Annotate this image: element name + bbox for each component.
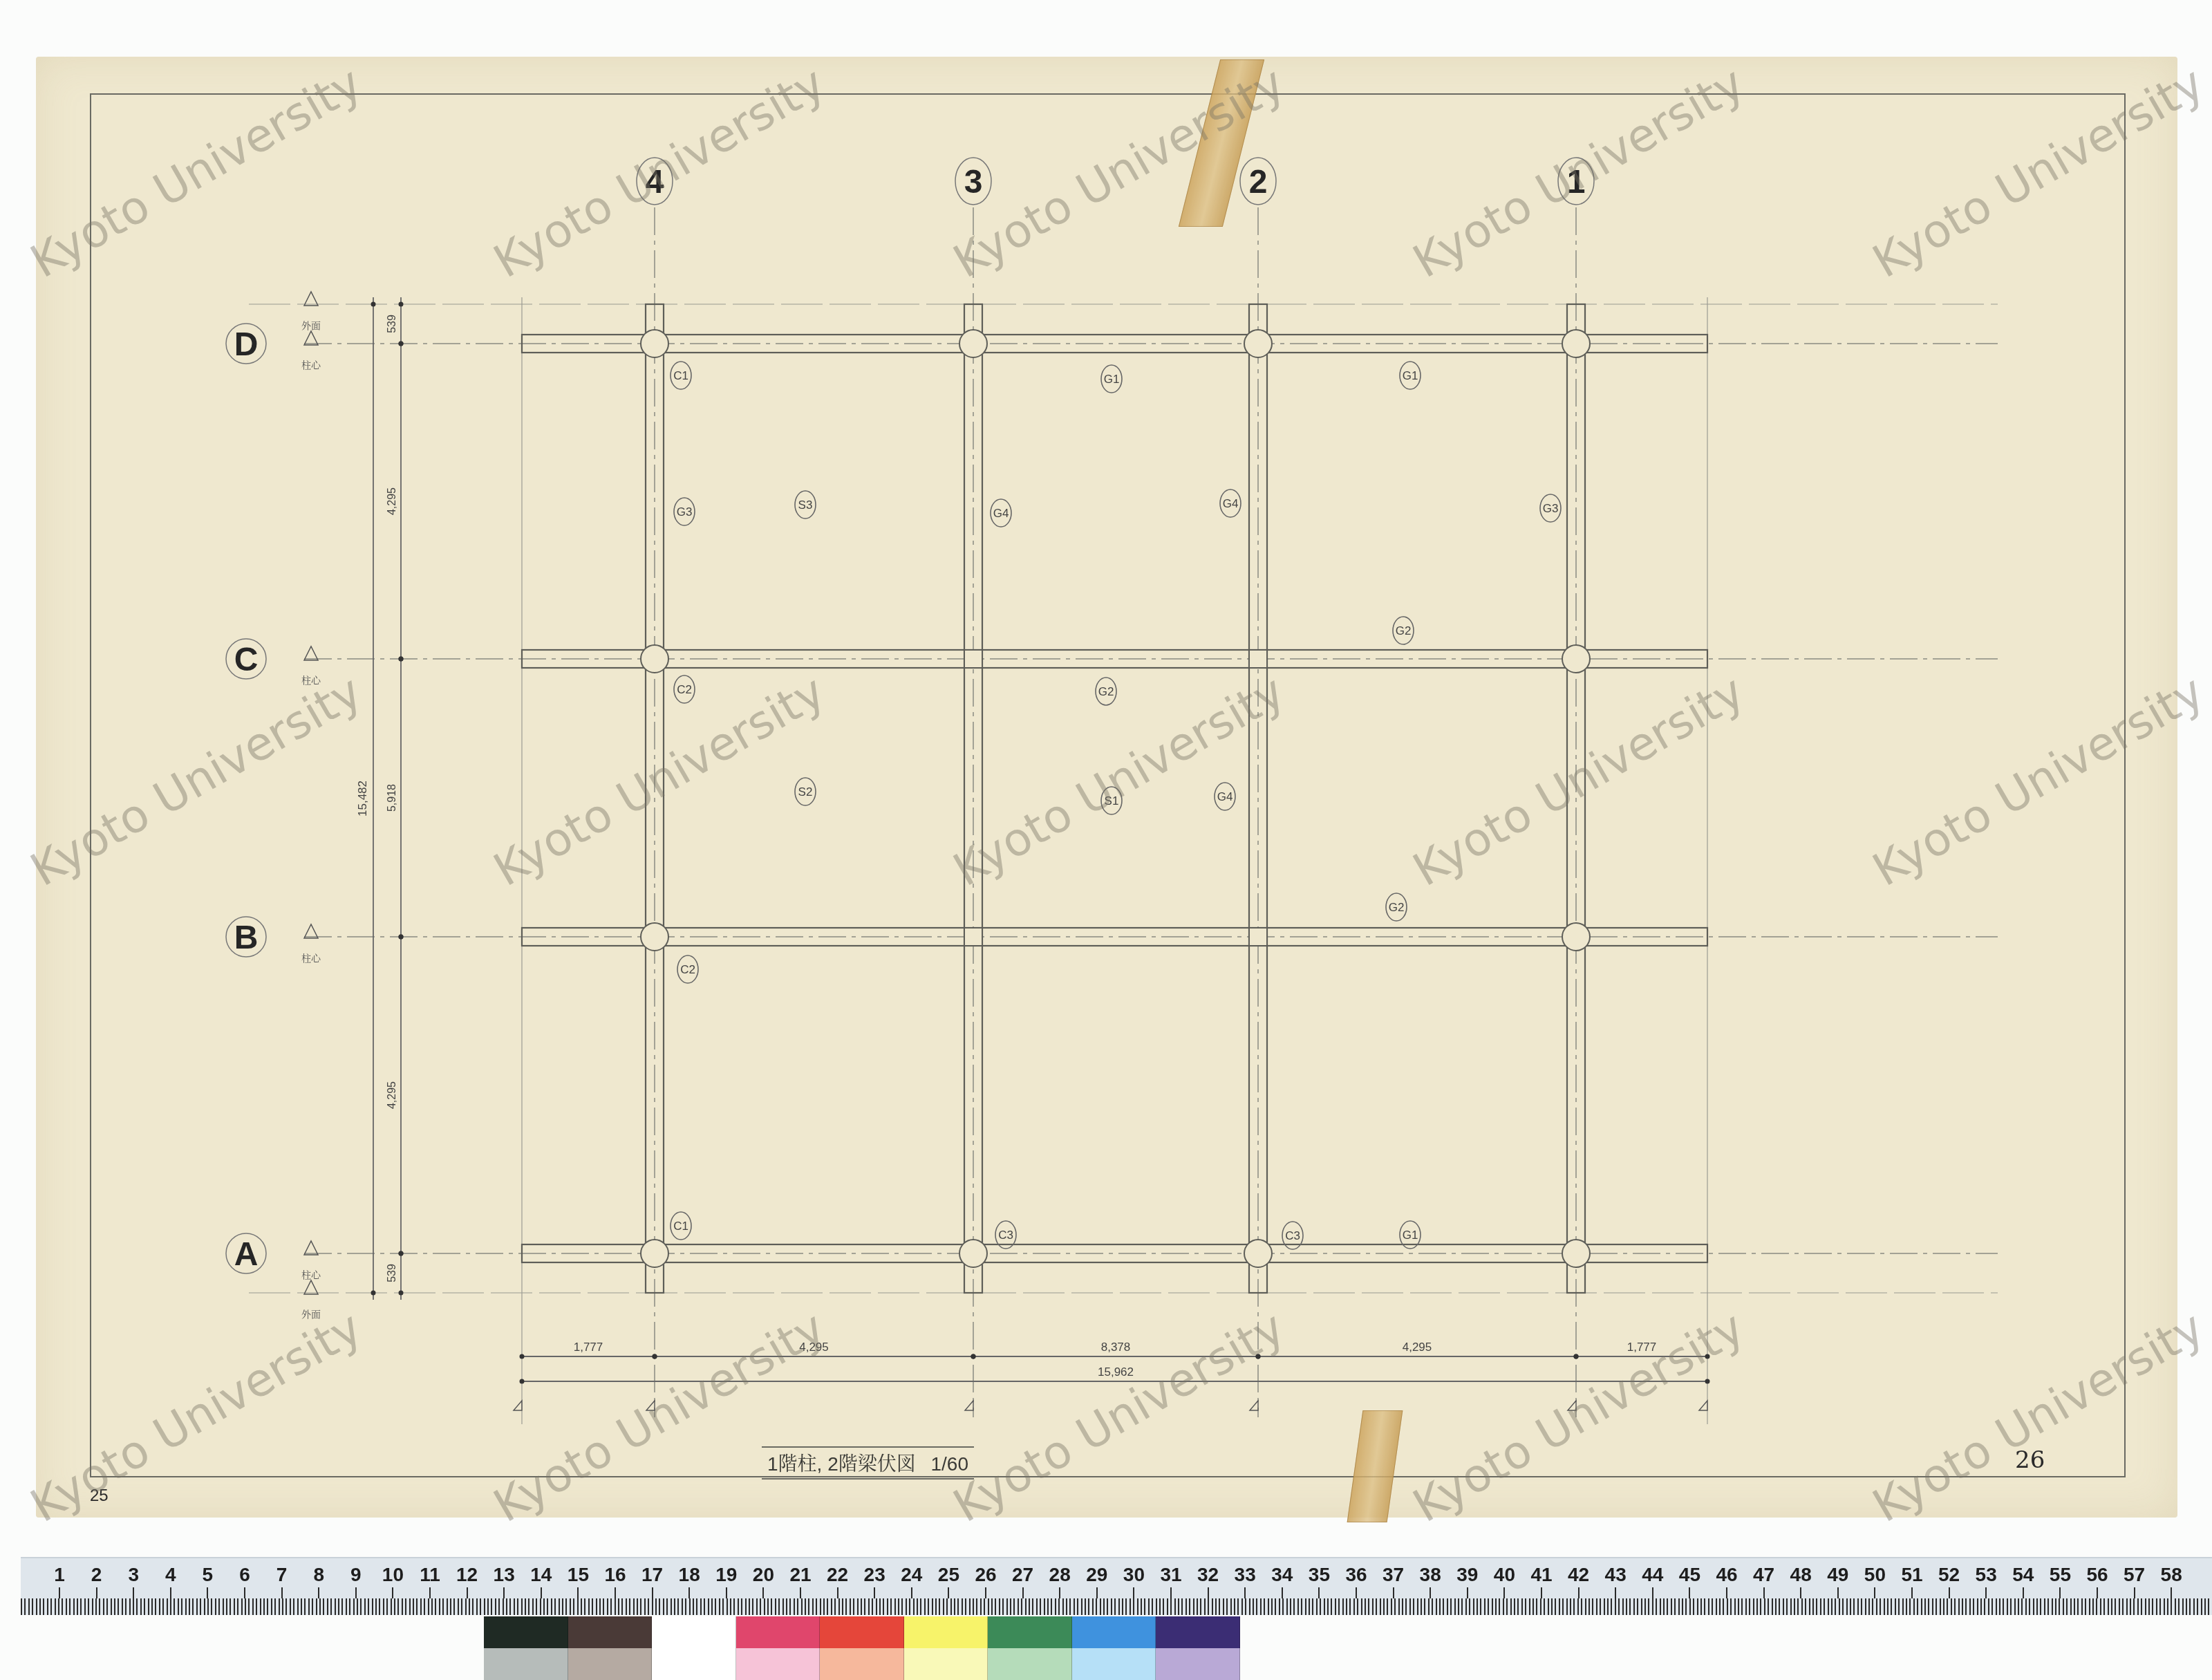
ruler-major-tick xyxy=(170,1587,171,1598)
column-circle xyxy=(641,1240,668,1267)
dimension-lines: 1,7774,2958,3784,2951,77715,9625394,2955… xyxy=(356,297,1710,1410)
row-axis-label: D xyxy=(234,326,259,363)
ruler-major-tick xyxy=(2059,1587,2061,1598)
ruler-number: 4 xyxy=(165,1564,176,1586)
dimension-tick xyxy=(399,302,404,307)
ruler-major-tick xyxy=(800,1587,801,1598)
member-tag-label: C1 xyxy=(673,1220,688,1233)
ruler-major-tick xyxy=(948,1587,949,1598)
ruler-number: 8 xyxy=(313,1564,324,1586)
level-triangle-icon xyxy=(304,1280,318,1294)
ruler-major-tick xyxy=(577,1587,579,1598)
ruler-major-tick xyxy=(1949,1587,1950,1598)
ruler-major-tick xyxy=(1133,1587,1134,1598)
color-swatch xyxy=(652,1648,736,1680)
level-triangle-icon xyxy=(646,1401,655,1410)
color-swatch xyxy=(1156,1648,1240,1680)
ruler-major-tick xyxy=(762,1587,764,1598)
ruler-number: 16 xyxy=(604,1564,626,1586)
ruler-number: 12 xyxy=(456,1564,478,1586)
member-tag-label: C1 xyxy=(673,369,688,382)
ruler-major-tick xyxy=(467,1587,468,1598)
member-tags: C1G1G1G3S3G4G4G3G2C2G2S2S1G4G2C2C1C3C3G1 xyxy=(671,362,1561,1249)
color-swatch xyxy=(904,1616,988,1648)
color-swatch xyxy=(904,1648,988,1680)
member-tag-label: S1 xyxy=(1105,794,1119,808)
ruler-number: 18 xyxy=(679,1564,700,1586)
ruler-major-tick xyxy=(318,1587,319,1598)
level-triangle-icon xyxy=(304,292,318,306)
ruler-major-tick xyxy=(1985,1587,1987,1598)
ruler-major-tick xyxy=(911,1587,912,1598)
dimension-value: 5,918 xyxy=(386,784,398,812)
member-tag-label: S3 xyxy=(798,498,813,512)
ruler-number: 55 xyxy=(2050,1564,2071,1586)
ruler-major-tick xyxy=(429,1587,431,1598)
ruler-major-tick xyxy=(207,1587,208,1598)
ruler-number: 1 xyxy=(54,1564,65,1586)
dimension-tick xyxy=(399,657,404,662)
dimension-value: 539 xyxy=(386,315,398,333)
ruler-number: 35 xyxy=(1309,1564,1330,1586)
ruler-major-tick xyxy=(2097,1587,2098,1598)
member-tag-label: C3 xyxy=(1285,1229,1300,1242)
column-circle xyxy=(1562,1240,1590,1267)
level-triangle-icon xyxy=(304,1241,318,1255)
ruler-major-tick xyxy=(726,1587,727,1598)
ruler-major-tick xyxy=(1837,1587,1839,1598)
ruler-number: 25 xyxy=(938,1564,959,1586)
ruler-number: 11 xyxy=(420,1564,440,1586)
member-tag-label: G1 xyxy=(1403,1229,1418,1242)
ruler-number: 21 xyxy=(789,1564,811,1586)
column-circle xyxy=(959,1240,987,1267)
ruler-number: 53 xyxy=(1976,1564,1997,1586)
scanned-drawing: 4321D柱心C柱心B柱心A柱心外面外面 1,7774,2958,3784,29… xyxy=(0,0,2212,1680)
ruler-number: 41 xyxy=(1530,1564,1552,1586)
ruler-number: 57 xyxy=(2124,1564,2145,1586)
level-triangle-icon xyxy=(304,646,318,660)
ruler-major-tick xyxy=(1059,1587,1060,1598)
member-tag-label: G1 xyxy=(1403,369,1418,382)
ruler-number: 44 xyxy=(1642,1564,1663,1586)
level-triangle-icon xyxy=(965,1401,973,1410)
ruler-number: 15 xyxy=(568,1564,589,1586)
ruler-major-tick xyxy=(541,1587,542,1598)
dimension-tick xyxy=(371,1291,376,1296)
ruler-number: 58 xyxy=(2161,1564,2182,1586)
ruler-major-tick xyxy=(392,1587,393,1598)
ruler-major-tick xyxy=(1356,1587,1357,1598)
ruler-major-tick xyxy=(1911,1587,1913,1598)
column-circle xyxy=(1244,330,1272,357)
dimension-tick xyxy=(371,302,376,307)
column-circle xyxy=(1562,645,1590,673)
member-tag-label: G1 xyxy=(1104,373,1120,386)
column-circle xyxy=(1244,1240,1272,1267)
level-mark-label: 柱心 xyxy=(301,360,321,371)
ruler-number: 38 xyxy=(1420,1564,1441,1586)
ruler-major-tick xyxy=(59,1587,60,1598)
dimension-tick xyxy=(520,1379,525,1384)
row-axis-label: A xyxy=(234,1236,259,1273)
ruler-number: 23 xyxy=(864,1564,885,1586)
ruler-number: 29 xyxy=(1086,1564,1107,1586)
color-swatch xyxy=(1072,1616,1156,1648)
ruler-major-tick xyxy=(1578,1587,1580,1598)
ruler-major-tick xyxy=(652,1587,653,1598)
member-tag-label: C2 xyxy=(680,963,695,976)
column-axis-label: 2 xyxy=(1249,164,1268,200)
ruler-number: 33 xyxy=(1235,1564,1256,1586)
drawing-title-block: 1階柱, 2階梁伏図 1/60 xyxy=(762,1446,974,1480)
dimension-tick xyxy=(653,1354,657,1359)
color-calibration-chart xyxy=(484,1616,1240,1680)
level-triangle-icon xyxy=(1250,1401,1258,1410)
member-tag-label: G2 xyxy=(1396,624,1412,637)
beam-joint xyxy=(1250,651,1266,667)
ruler-major-tick xyxy=(615,1587,616,1598)
color-swatch xyxy=(1072,1648,1156,1680)
grid-lines xyxy=(249,207,1998,1424)
level-triangle-icon xyxy=(304,331,318,345)
member-tag-label: G4 xyxy=(993,507,1009,520)
beam-joint xyxy=(965,651,982,667)
dimension-tick xyxy=(1256,1354,1261,1359)
ruler-number: 27 xyxy=(1012,1564,1033,1586)
ruler-number: 3 xyxy=(128,1564,139,1586)
ruler-number: 26 xyxy=(975,1564,996,1586)
color-swatch xyxy=(736,1648,821,1680)
column-circle xyxy=(959,330,987,357)
dimension-tick xyxy=(399,1291,404,1296)
drawing-scale: 1/60 xyxy=(931,1453,969,1475)
color-swatch xyxy=(988,1616,1072,1648)
beam-joint xyxy=(965,928,982,945)
ruler-number: 5 xyxy=(203,1564,214,1586)
color-swatch xyxy=(484,1648,568,1680)
dimension-value: 539 xyxy=(386,1264,398,1282)
ruler-major-tick xyxy=(1800,1587,1801,1598)
ruler-number: 6 xyxy=(239,1564,250,1586)
ruler-major-tick xyxy=(2023,1587,2024,1598)
ruler-major-tick xyxy=(244,1587,245,1598)
ruler-major-tick xyxy=(1022,1587,1024,1598)
dimension-value: 4,295 xyxy=(386,487,398,515)
dimension-total-value: 15,482 xyxy=(356,781,369,816)
ruler-major-tick xyxy=(355,1587,357,1598)
ruler-major-tick xyxy=(1467,1587,1468,1598)
floor-framing-plan: 4321D柱心C柱心B柱心A柱心外面外面 1,7774,2958,3784,29… xyxy=(0,0,2212,1680)
level-mark-label: 柱心 xyxy=(301,675,321,686)
member-tag-label: G2 xyxy=(1389,901,1405,914)
dimension-value: 4,295 xyxy=(1403,1341,1432,1354)
dimension-tick xyxy=(971,1354,976,1359)
ruler-number: 17 xyxy=(641,1564,663,1586)
level-triangle-icon xyxy=(1568,1401,1576,1410)
outer-face-label: 外面 xyxy=(301,320,321,331)
color-swatch xyxy=(484,1616,568,1648)
ruler-number: 45 xyxy=(1679,1564,1700,1586)
ruler-major-tick xyxy=(1503,1587,1505,1598)
ruler-major-tick xyxy=(1689,1587,1690,1598)
ruler-number: 42 xyxy=(1568,1564,1589,1586)
color-swatch xyxy=(736,1616,821,1648)
ruler-major-tick xyxy=(1208,1587,1209,1598)
ruler-number: 13 xyxy=(494,1564,515,1586)
ruler-major-tick xyxy=(1096,1587,1098,1598)
row-axis-label: B xyxy=(234,920,259,956)
level-mark-label: 柱心 xyxy=(301,953,321,964)
dimension-value: 1,777 xyxy=(1627,1341,1657,1354)
ruler-major-tick xyxy=(1541,1587,1542,1598)
axis-labels: 4321D柱心C柱心B柱心A柱心外面外面 xyxy=(226,158,1594,1320)
dimension-tick xyxy=(1705,1354,1710,1359)
column-circle xyxy=(1562,330,1590,357)
ruler-number: 2 xyxy=(91,1564,102,1586)
ruler-major-tick xyxy=(874,1587,875,1598)
row-axis-label: C xyxy=(234,642,259,678)
ruler-number: 56 xyxy=(2086,1564,2108,1586)
ruler-number: 30 xyxy=(1123,1564,1145,1586)
ruler-number: 10 xyxy=(382,1564,404,1586)
ruler-number: 47 xyxy=(1753,1564,1774,1586)
ruler-number: 48 xyxy=(1790,1564,1812,1586)
ruler-major-tick xyxy=(503,1587,505,1598)
ruler-major-tick xyxy=(1763,1587,1765,1598)
ruler-number: 51 xyxy=(1901,1564,1922,1586)
dimension-value: 4,295 xyxy=(799,1341,829,1354)
ruler-number: 39 xyxy=(1456,1564,1478,1586)
corner-mark: 25 xyxy=(90,1486,109,1506)
ruler-number: 46 xyxy=(1716,1564,1737,1586)
page-number: 26 xyxy=(2015,1446,2045,1474)
column-circle xyxy=(1562,923,1590,951)
ruler-number: 24 xyxy=(901,1564,922,1586)
ruler-major-tick xyxy=(2171,1587,2172,1598)
dimension-tick xyxy=(399,1251,404,1256)
ruler-number: 14 xyxy=(530,1564,552,1586)
member-tag-label: C2 xyxy=(677,683,692,696)
ruler-number: 40 xyxy=(1494,1564,1515,1586)
ruler-number: 19 xyxy=(715,1564,737,1586)
member-tag-label: S2 xyxy=(798,785,813,799)
column-circle xyxy=(641,923,668,951)
ruler-major-tick xyxy=(1874,1587,1875,1598)
color-swatch xyxy=(988,1648,1072,1680)
color-swatch xyxy=(1156,1616,1240,1648)
dimension-tick xyxy=(1574,1354,1579,1359)
ruler-major-tick xyxy=(96,1587,97,1598)
ruler-major-tick xyxy=(281,1587,283,1598)
member-tag-label: G3 xyxy=(1543,502,1559,515)
ruler-number: 50 xyxy=(1864,1564,1886,1586)
ruler-number: 20 xyxy=(753,1564,774,1586)
dimension-total-value: 15,962 xyxy=(1098,1365,1134,1379)
color-swatch xyxy=(820,1648,904,1680)
ruler-major-tick xyxy=(1615,1587,1616,1598)
dimension-tick xyxy=(399,342,404,346)
color-swatch xyxy=(568,1648,653,1680)
ruler-number: 22 xyxy=(827,1564,848,1586)
ruler-major-tick xyxy=(985,1587,986,1598)
dimension-value: 8,378 xyxy=(1101,1341,1131,1354)
ruler-number: 43 xyxy=(1605,1564,1627,1586)
ruler-number: 34 xyxy=(1271,1564,1293,1586)
ruler-minor-ticks xyxy=(21,1598,2212,1615)
dimension-value: 4,295 xyxy=(386,1081,398,1109)
column-axis-label: 4 xyxy=(646,164,664,200)
ruler-number: 9 xyxy=(350,1564,362,1586)
ruler-number: 7 xyxy=(276,1564,288,1586)
color-swatch xyxy=(568,1616,653,1648)
level-mark-label: 柱心 xyxy=(301,1269,321,1280)
level-triangle-icon xyxy=(514,1401,522,1410)
color-swatch xyxy=(820,1616,904,1648)
beam-joint xyxy=(1250,928,1266,945)
dimension-tick xyxy=(520,1354,525,1359)
ruler-major-tick xyxy=(1170,1587,1172,1598)
color-swatch xyxy=(652,1616,736,1648)
level-triangle-icon xyxy=(1699,1401,1707,1410)
ruler-major-tick xyxy=(688,1587,690,1598)
column-axis-label: 3 xyxy=(964,164,983,200)
ruler-major-tick xyxy=(1726,1587,1727,1598)
drawing-title: 1階柱, 2階梁伏図 xyxy=(767,1453,916,1475)
ruler-major-tick xyxy=(1393,1587,1394,1598)
level-triangle-icon xyxy=(304,924,318,938)
measurement-ruler: 1234567891011121314151617181920212223242… xyxy=(21,1557,2212,1615)
ruler-number: 37 xyxy=(1382,1564,1404,1586)
ruler-number: 52 xyxy=(1938,1564,1960,1586)
ruler-major-tick xyxy=(2134,1587,2135,1598)
member-tag-label: C3 xyxy=(998,1229,1013,1242)
dimension-tick xyxy=(399,935,404,940)
member-tag-label: G4 xyxy=(1223,497,1239,510)
member-tag-label: G3 xyxy=(677,505,693,519)
ruler-number: 31 xyxy=(1160,1564,1181,1586)
ruler-major-tick xyxy=(1430,1587,1431,1598)
member-tag-label: G2 xyxy=(1098,685,1114,698)
ruler-number: 28 xyxy=(1049,1564,1071,1586)
ruler-major-tick xyxy=(1282,1587,1283,1598)
ruler-major-tick xyxy=(1318,1587,1320,1598)
column-circle xyxy=(641,645,668,673)
ruler-major-tick xyxy=(1244,1587,1246,1598)
dimension-value: 1,777 xyxy=(574,1341,603,1354)
ruler-major-tick xyxy=(133,1587,134,1598)
ruler-number: 36 xyxy=(1345,1564,1367,1586)
column-circle xyxy=(641,330,668,357)
ruler-number: 32 xyxy=(1197,1564,1219,1586)
ruler-number: 49 xyxy=(1827,1564,1848,1586)
column-axis-label: 1 xyxy=(1567,164,1586,200)
outer-face-label: 外面 xyxy=(301,1309,321,1320)
member-tag-label: G4 xyxy=(1217,790,1233,803)
ruler-number: 54 xyxy=(2012,1564,2034,1586)
dimension-tick xyxy=(1705,1379,1710,1384)
ruler-major-tick xyxy=(1652,1587,1653,1598)
ruler-major-tick xyxy=(837,1587,838,1598)
